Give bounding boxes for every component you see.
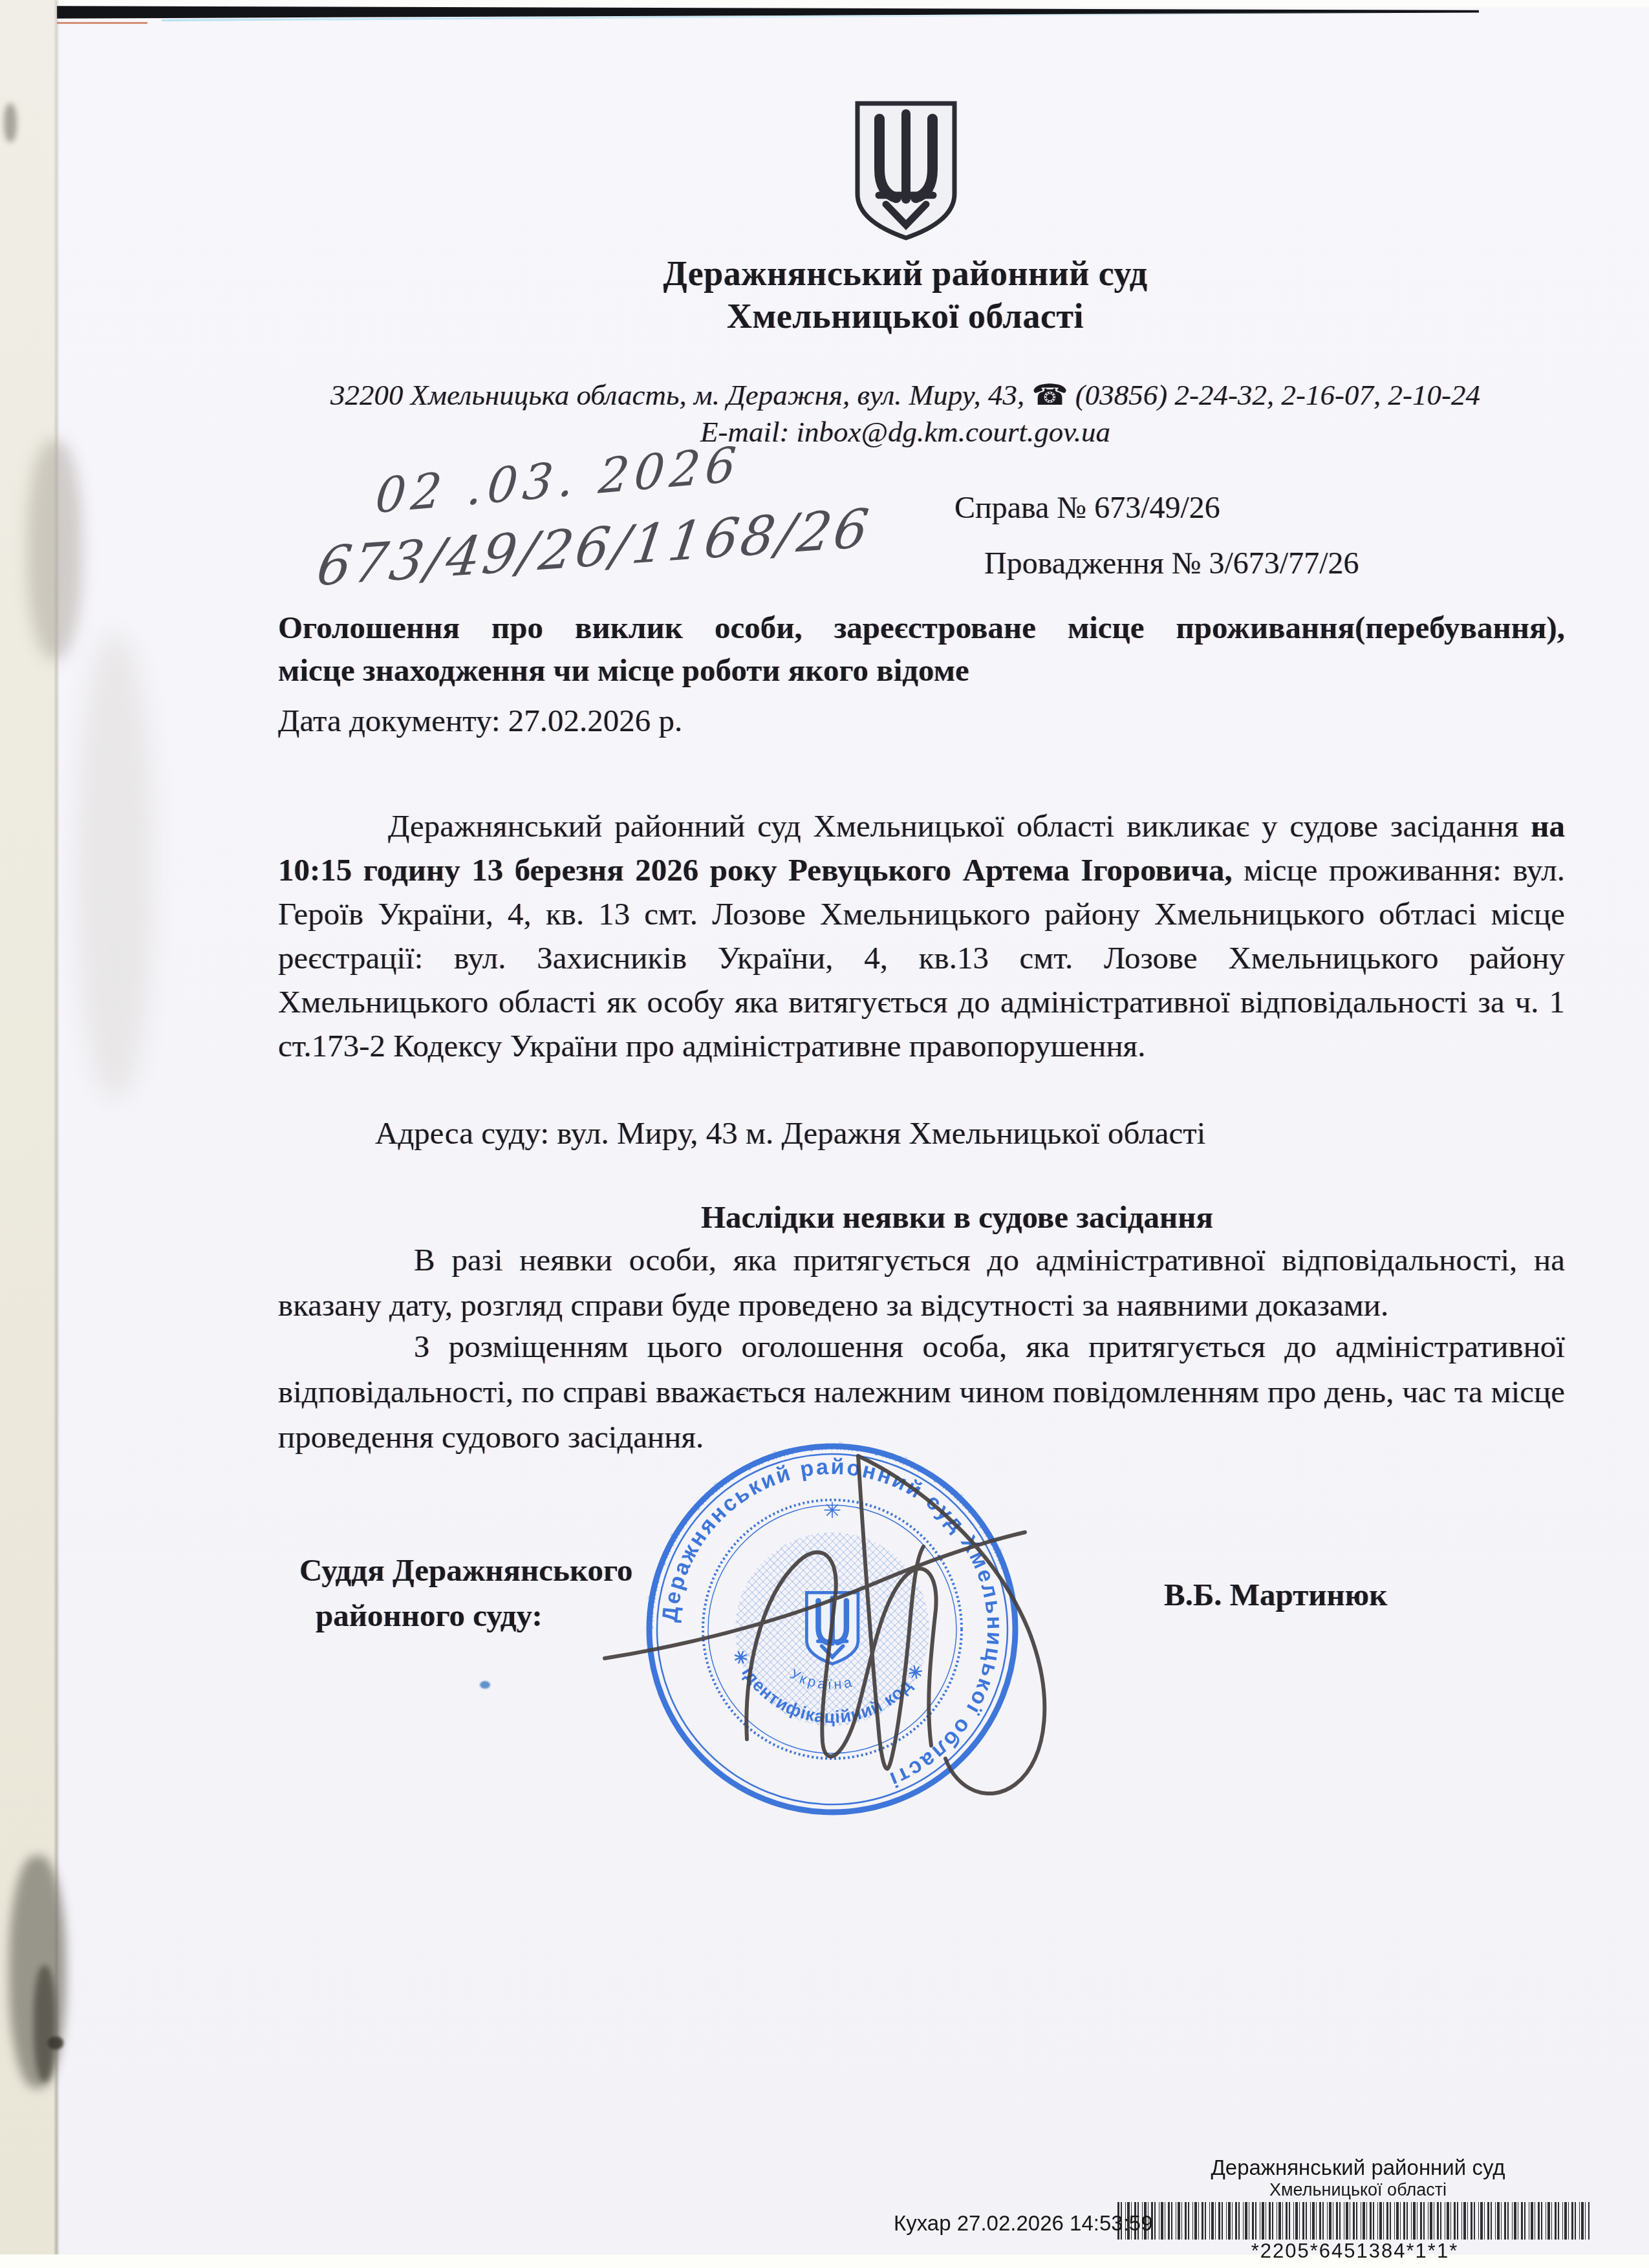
consequences-paragraph1: В разі неявки особи, яка притягується до… [278, 1237, 1565, 1328]
judge-title-line2: районного суду: [316, 1597, 543, 1634]
judge-signature [582, 1422, 1099, 1843]
smudge-mark [76, 634, 154, 1099]
consequences-heading: Наслідки неявки в судове засідання [314, 1199, 1600, 1236]
court-email-line: E-mail: inbox@dg.km.court.gov.ua [207, 415, 1604, 449]
scanner-top-margin [0, 0, 1649, 7]
address-text: 32200 Хмельницька область, м. Деражня, в… [330, 379, 1031, 411]
ukraine-trident-emblem-icon [848, 97, 964, 244]
footer-court-region: Хмельницької області [1164, 2180, 1552, 2200]
case-number: Справа № 673/49/26 [954, 490, 1220, 526]
footer-operator-datetime: Кухар 27.02.2026 14:53:59 [894, 2211, 1153, 2236]
smudge-mark [48, 2037, 63, 2049]
announcement-title: Оголошення про виклик особи, зареєстрова… [278, 606, 1565, 692]
footer-court-name: Деражнянський районний суд [1164, 2156, 1552, 2180]
ink-speck [480, 1681, 490, 1689]
smudge-mark [4, 103, 17, 142]
summons-paragraph: Деражнянський районний суд Хмельницької … [278, 804, 1565, 1068]
phone-icon: ☎ [1031, 379, 1068, 411]
court-name-line2: Хмельницької області [207, 296, 1604, 336]
announcement-title-line1: Оголошення про виклик особи, зареєстрова… [278, 606, 1565, 649]
court-name-line1: Деражнянський районний суд [207, 253, 1604, 294]
summons-text-intro: Деражнянський районний суд Хмельницької … [388, 808, 1531, 844]
footer-barcode-text: *2205*6451384*1*1* [1109, 2240, 1600, 2263]
smudge-mark [34, 1965, 56, 2082]
document-date: Дата документу: 27.02.2026 р. [278, 702, 682, 739]
court-address-note: Адреса суду: вул. Миру, 43 м. Деражня Хм… [375, 1115, 1205, 1151]
address-phones: (03856) 2-24-32, 2-16-07, 2-10-24 [1068, 379, 1480, 411]
smudge-mark [27, 440, 82, 659]
proceeding-number: Провадження № 3/673/77/26 [984, 546, 1359, 581]
scanned-court-document: Деражнянський районний суд Хмельницької … [0, 0, 1649, 2268]
registration-barcode [1117, 2202, 1590, 2240]
announcement-title-line2: місце знаходження чи місце роботи якого … [278, 649, 1565, 692]
court-address-line: 32200 Хмельницька область, м. Деражня, в… [207, 378, 1604, 412]
judge-name: В.Б. Мартинюк [1164, 1576, 1387, 1613]
